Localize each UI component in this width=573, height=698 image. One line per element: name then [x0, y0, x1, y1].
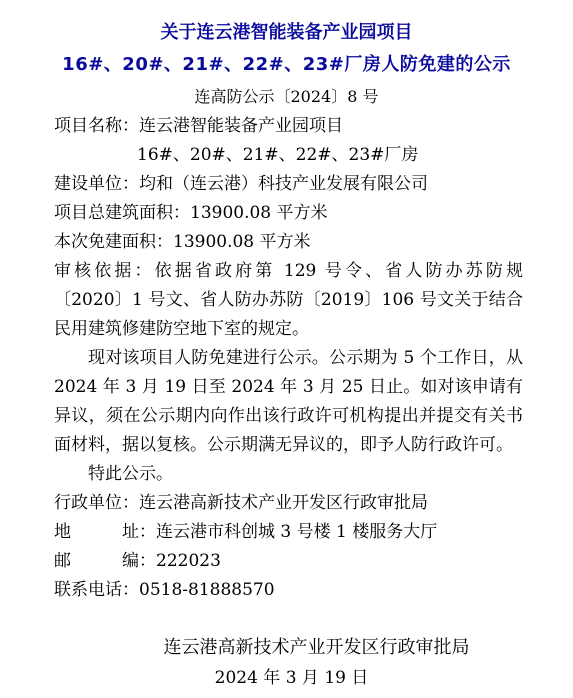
builder-value: 均和（连云港）科技产业发展有限公司 [139, 174, 428, 194]
exempt-area-row: 本次免建面积：13900.08 平方米 [54, 228, 523, 257]
review-basis-row: 审核依据：依据省政府第 129 号令、省人防办苏防规〔2020〕1 号文、省人防… [54, 257, 523, 344]
notice-title-line2: 16#、20#、21#、22#、23#厂房人防免建的公示 [0, 52, 573, 78]
admin-unit-value: 连云港高新技术产业开发区行政审批局 [139, 493, 428, 513]
address-label: 地 址： [54, 522, 156, 542]
project-name-row: 项目名称：连云港智能装备产业园项目 [54, 112, 523, 141]
public-notice-document: 关于连云港智能装备产业园项目 16#、20#、21#、22#、23#厂房人防免建… [0, 0, 573, 698]
notice-body: 项目名称：连云港智能装备产业园项目 16#、20#、21#、22#、23#厂房 … [54, 112, 523, 693]
announcement-paragraph: 现对该项目人防免建进行公示。公示期为 5 个工作日，从 2024 年 3 月 1… [54, 344, 523, 460]
phone-row: 联系电话：0518-81888570 [54, 576, 523, 605]
total-area-label: 项目总建筑面积： [54, 203, 190, 223]
phone-label: 联系电话： [54, 580, 139, 600]
postcode-value: 222023 [156, 551, 221, 571]
builder-row: 建设单位：均和（连云港）科技产业发展有限公司 [54, 170, 523, 199]
exempt-area-value: 13900.08 平方米 [173, 232, 311, 252]
review-basis-label: 审核依据： [54, 261, 155, 281]
doc-number: 连高防公示〔2024〕8 号 [0, 86, 573, 108]
exempt-area-label: 本次免建面积： [54, 232, 173, 252]
closing-paragraph: 特此公示。 [54, 460, 523, 489]
total-area-value: 13900.08 平方米 [190, 203, 328, 223]
address-row: 地 址：连云港市科创城 3 号楼 1 楼服务大厅 [54, 518, 523, 547]
postcode-row: 邮 编：222023 [54, 547, 523, 576]
project-name-label: 项目名称： [54, 116, 139, 136]
signature-date: 2024 年 3 月 19 日 [57, 663, 526, 693]
admin-unit-label: 行政单位： [54, 493, 139, 513]
project-name-value-line2: 16#、20#、21#、22#、23#厂房 [54, 141, 523, 170]
address-value: 连云港市科创城 3 号楼 1 楼服务大厅 [156, 522, 437, 542]
postcode-label: 邮 编： [54, 551, 156, 571]
notice-title-line1: 关于连云港智能装备产业园项目 [0, 0, 573, 46]
admin-unit-row: 行政单位：连云港高新技术产业开发区行政审批局 [54, 489, 523, 518]
signature-block: 连云港高新技术产业开发区行政审批局 2024 年 3 月 19 日 [54, 633, 523, 693]
total-area-row: 项目总建筑面积：13900.08 平方米 [54, 199, 523, 228]
phone-value: 0518-81888570 [139, 580, 275, 600]
signature-unit: 连云港高新技术产业开发区行政审批局 [82, 633, 551, 663]
builder-label: 建设单位： [54, 174, 139, 194]
project-name-value: 连云港智能装备产业园项目 [139, 116, 343, 136]
